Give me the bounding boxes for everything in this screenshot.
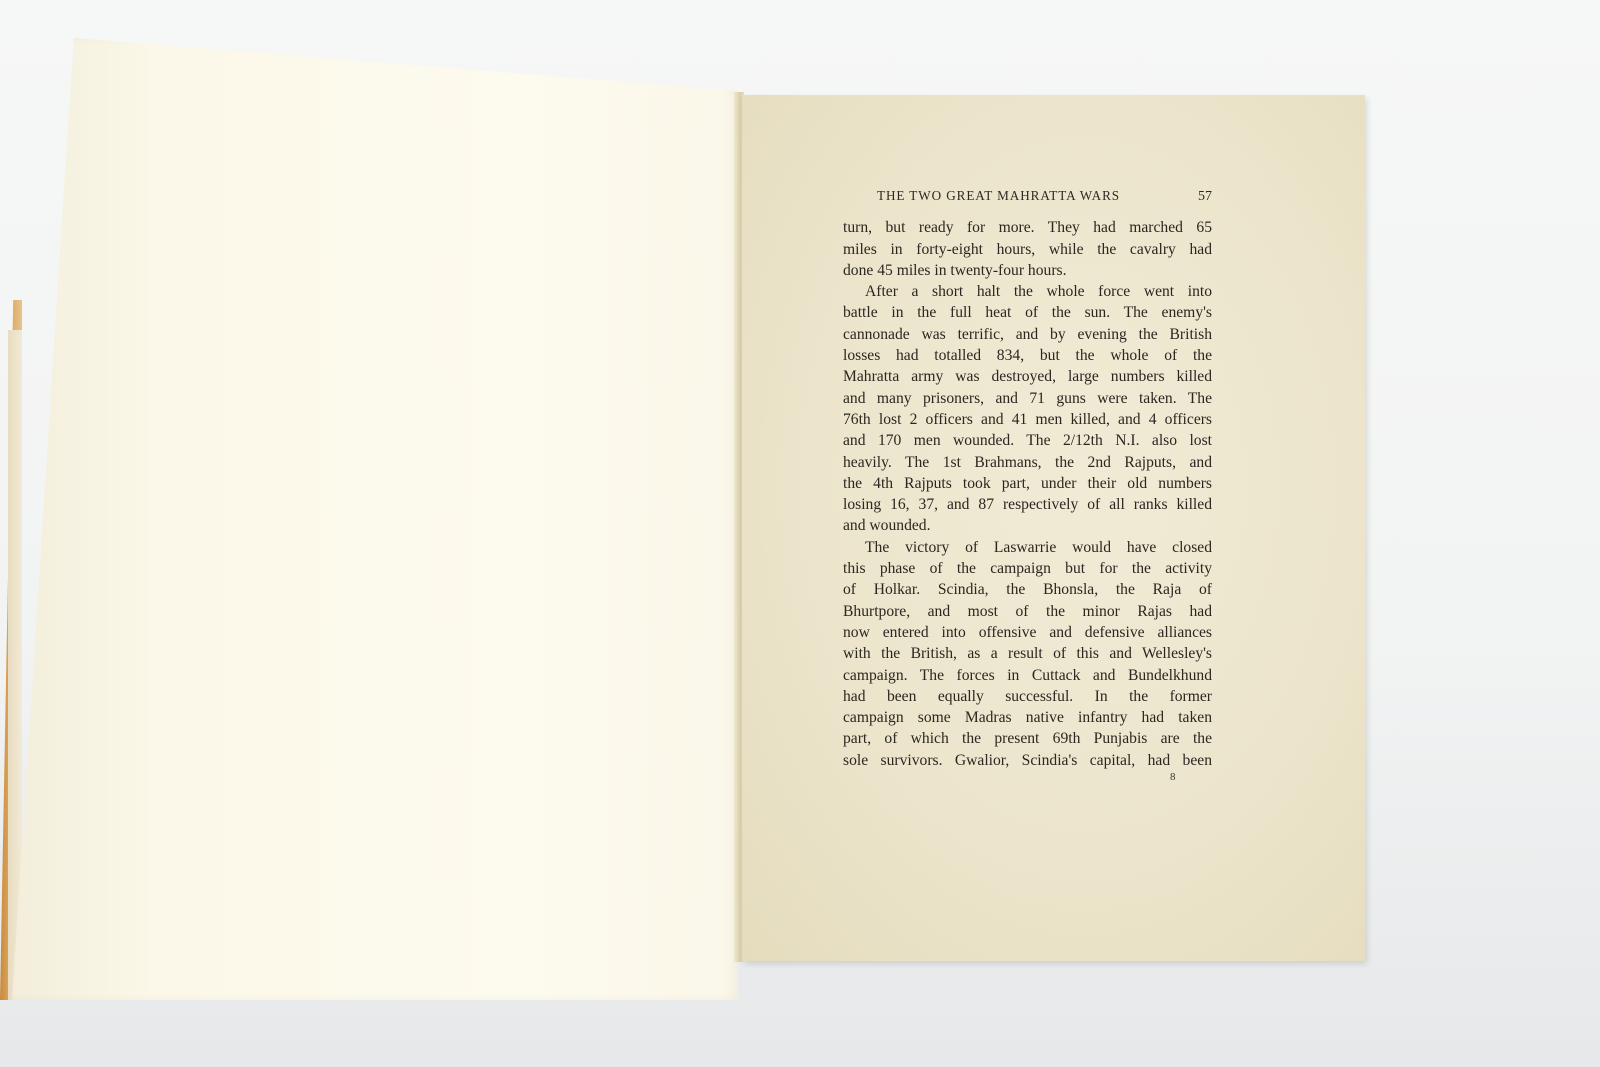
text-line: this phase of the campaign but for the a… — [843, 558, 1212, 579]
paragraph: The victory of Laswarrie would have clos… — [843, 537, 1212, 771]
paragraph: turn, but ready for more. They had march… — [843, 217, 1212, 281]
page-number: 57 — [1198, 186, 1212, 207]
text-line: campaign. The forces in Cuttack and Bund… — [843, 665, 1212, 686]
text-line: 76th lost 2 officers and 41 men killed, … — [843, 409, 1212, 430]
text-line: cannonade was terrific, and by evening t… — [843, 324, 1212, 345]
running-head: THE TWO GREAT MAHRATTA WARS 57 — [877, 185, 1212, 207]
paragraph: After a short halt the whole force went … — [843, 281, 1212, 537]
text-line: heavily. The 1st Brahmans, the 2nd Rajpu… — [843, 452, 1212, 473]
text-line: The victory of Laswarrie would have clos… — [843, 537, 1212, 558]
text-line: part, of which the present 69th Punjabis… — [843, 728, 1212, 749]
text-line: with the British, as a result of this an… — [843, 643, 1212, 664]
text-line: the 4th Rajputs took part, under their o… — [843, 473, 1212, 494]
running-head-title: THE TWO GREAT MAHRATTA WARS — [877, 185, 1120, 206]
text-line: had been equally successful. In the form… — [843, 686, 1212, 707]
right-page: THE TWO GREAT MAHRATTA WARS 57 turn, but… — [742, 95, 1365, 961]
text-line: of Holkar. Scindia, the Bhonsla, the Raj… — [843, 579, 1212, 600]
text-line: After a short halt the whole force went … — [843, 281, 1212, 302]
text-line: turn, but ready for more. They had march… — [843, 217, 1212, 238]
text-line: losing 16, 37, and 87 respectively of al… — [843, 494, 1212, 515]
text-line: sole survivors. Gwalior, Scindia's capit… — [843, 750, 1212, 771]
text-line: losses had totalled 834, but the whole o… — [843, 345, 1212, 366]
text-line: campaign some Madras native infantry had… — [843, 707, 1212, 728]
text-line: and wounded. — [843, 515, 1212, 536]
text-line: now entered into offensive and defensive… — [843, 622, 1212, 643]
signature-mark: 8 — [1170, 771, 1176, 783]
page-text-block: THE TWO GREAT MAHRATTA WARS 57 turn, but… — [843, 185, 1212, 771]
text-line: battle in the full heat of the sun. The … — [843, 302, 1212, 323]
left-page-blank — [12, 38, 738, 1000]
text-line: Mahratta army was destroyed, large numbe… — [843, 366, 1212, 387]
text-line: miles in forty-eight hours, while the ca… — [843, 239, 1212, 260]
text-line: done 45 miles in twenty-four hours. — [843, 260, 1212, 281]
text-line: and 170 men wounded. The 2/12th N.I. als… — [843, 430, 1212, 451]
text-line: and many prisoners, and 71 guns were tak… — [843, 388, 1212, 409]
text-line: Bhurtpore, and most of the minor Rajas h… — [843, 601, 1212, 622]
